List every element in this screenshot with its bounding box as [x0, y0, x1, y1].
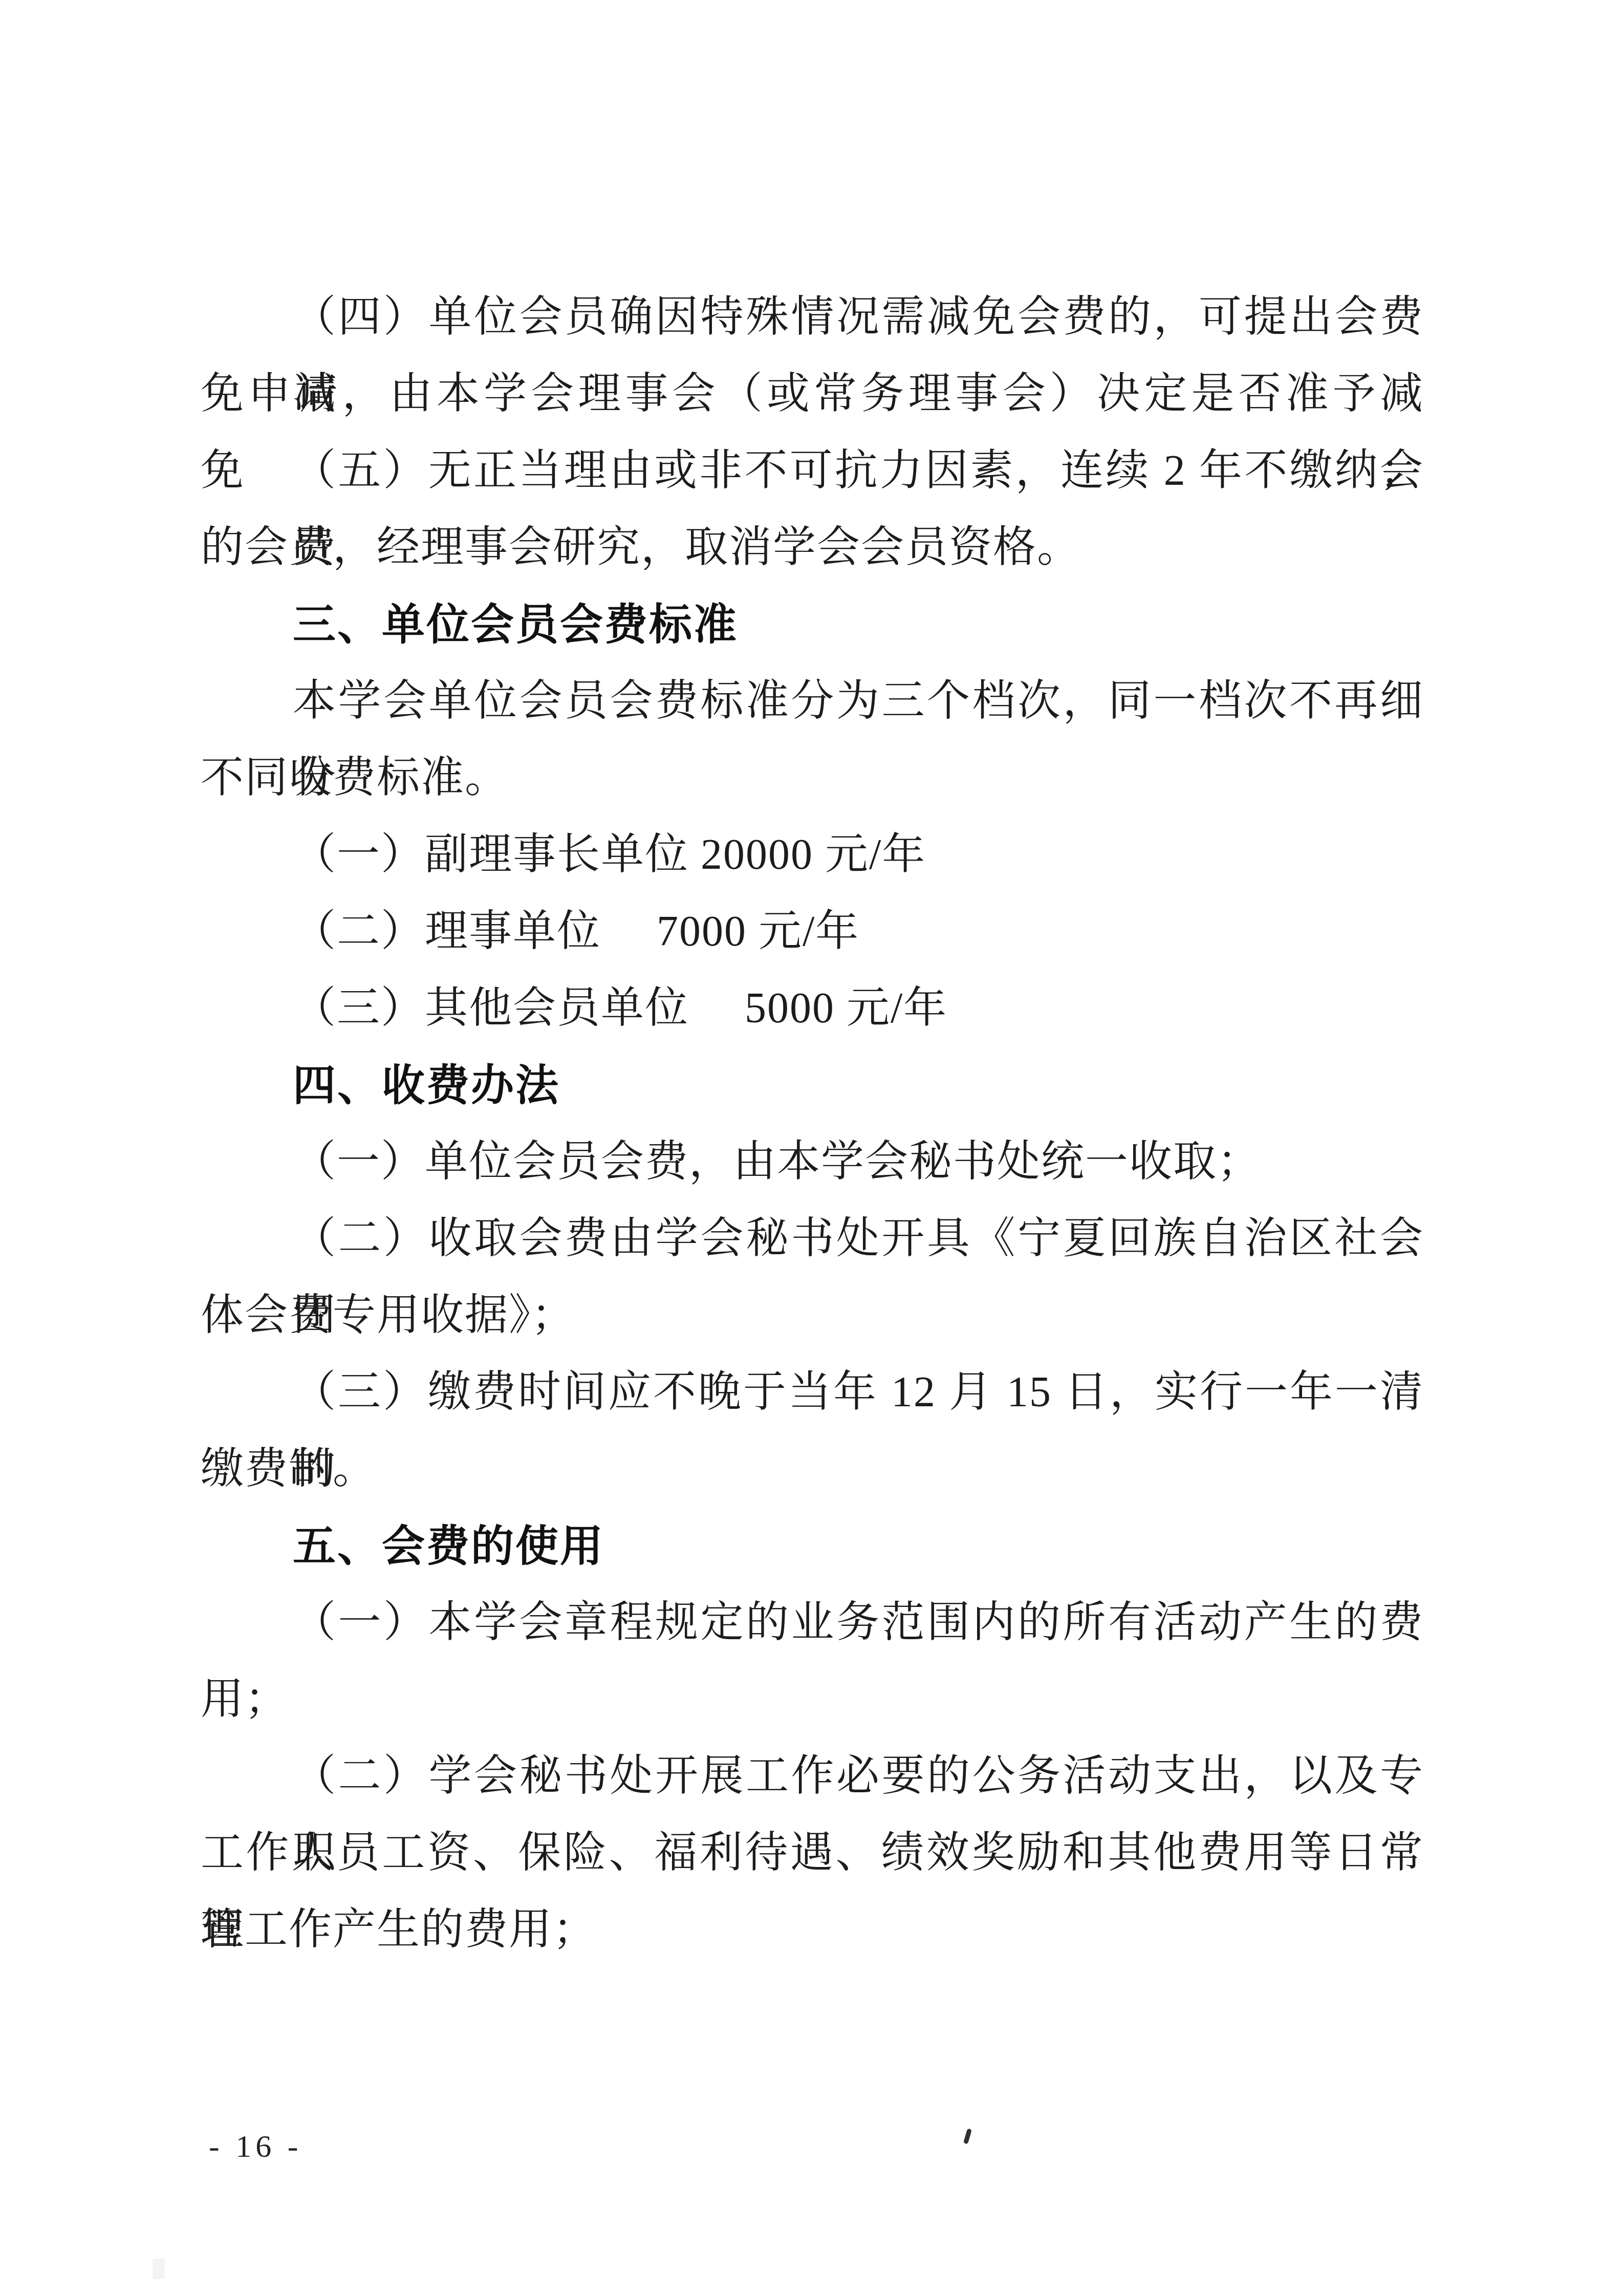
item-collection-2-line-1: （二）收取会费由学会秘书处开具《宁夏回族自治区社会团 [201, 1200, 1424, 1277]
para-nonpayment-line-2: 的会员，经理事会研究，取消学会会员资格。 [201, 509, 1424, 586]
item-other-member-unit-fee: （三）其他会员单位 5000 元/年 [201, 970, 1424, 1047]
para-standards-line-2: 不同收费标准。 [201, 740, 1424, 817]
para-standards-line-1: 本学会单位会员会费标准分为三个档次，同一档次不再细分 [201, 663, 1424, 740]
item-director-unit-fee: （二）理事单位 7000 元/年 [201, 893, 1424, 970]
item-collection-3-line-2: 缴费制。 [201, 1431, 1424, 1508]
heading-section-3-fee-standard: 三、单位会员会费标准 [201, 586, 1424, 663]
para-exemption-line-1: （四）单位会员确因特殊情况需减免会费的，可提出会费减 [201, 279, 1424, 356]
item-usage-2-line-1: （二）学会秘书处开展工作必要的公务活动支出，以及专职 [201, 1738, 1424, 1815]
item-collection-3-line-1: （三）缴费时间应不晚于当年 12 月 15 日，实行一年一清的 [201, 1354, 1424, 1431]
scan-corner-artifact [153, 2259, 165, 2279]
document-text-block: （四）单位会员确因特殊情况需减免会费的，可提出会费减 免申请，由本学会理事会（或… [201, 279, 1424, 1968]
para-exemption-line-2: 免申请，由本学会理事会（或常务理事会）决定是否准予减免； [201, 356, 1424, 433]
page-number: - 16 - [209, 2123, 302, 2170]
heading-section-4-collection-method: 四、收费办法 [201, 1047, 1424, 1124]
item-collection-1: （一）单位会员会费，由本学会秘书处统一收取； [201, 1124, 1424, 1200]
heading-section-5-fee-usage: 五、会费的使用 [201, 1508, 1424, 1584]
scanned-document-page: （四）单位会员确因特殊情况需减免会费的，可提出会费减 免申请，由本学会理事会（或… [0, 0, 1624, 2296]
item-usage-1-line-2: 用； [201, 1661, 1424, 1738]
item-usage-2-line-2: 工作人员工资、保险、福利待遇、绩效奖励和其他费用等日常管 [201, 1815, 1424, 1892]
ink-speck-artifact [963, 2128, 972, 2144]
para-nonpayment-line-1: （五）无正当理由或非不可抗力因素，连续 2 年不缴纳会费 [201, 433, 1424, 509]
item-usage-2-line-3: 理工作产生的费用； [201, 1892, 1424, 1968]
item-usage-1-line-1: （一）本学会章程规定的业务范围内的所有活动产生的费 [201, 1584, 1424, 1661]
item-vice-chairman-unit-fee: （一）副理事长单位 20000 元/年 [201, 817, 1424, 893]
item-collection-2-line-2: 体会费专用收据》； [201, 1277, 1424, 1354]
